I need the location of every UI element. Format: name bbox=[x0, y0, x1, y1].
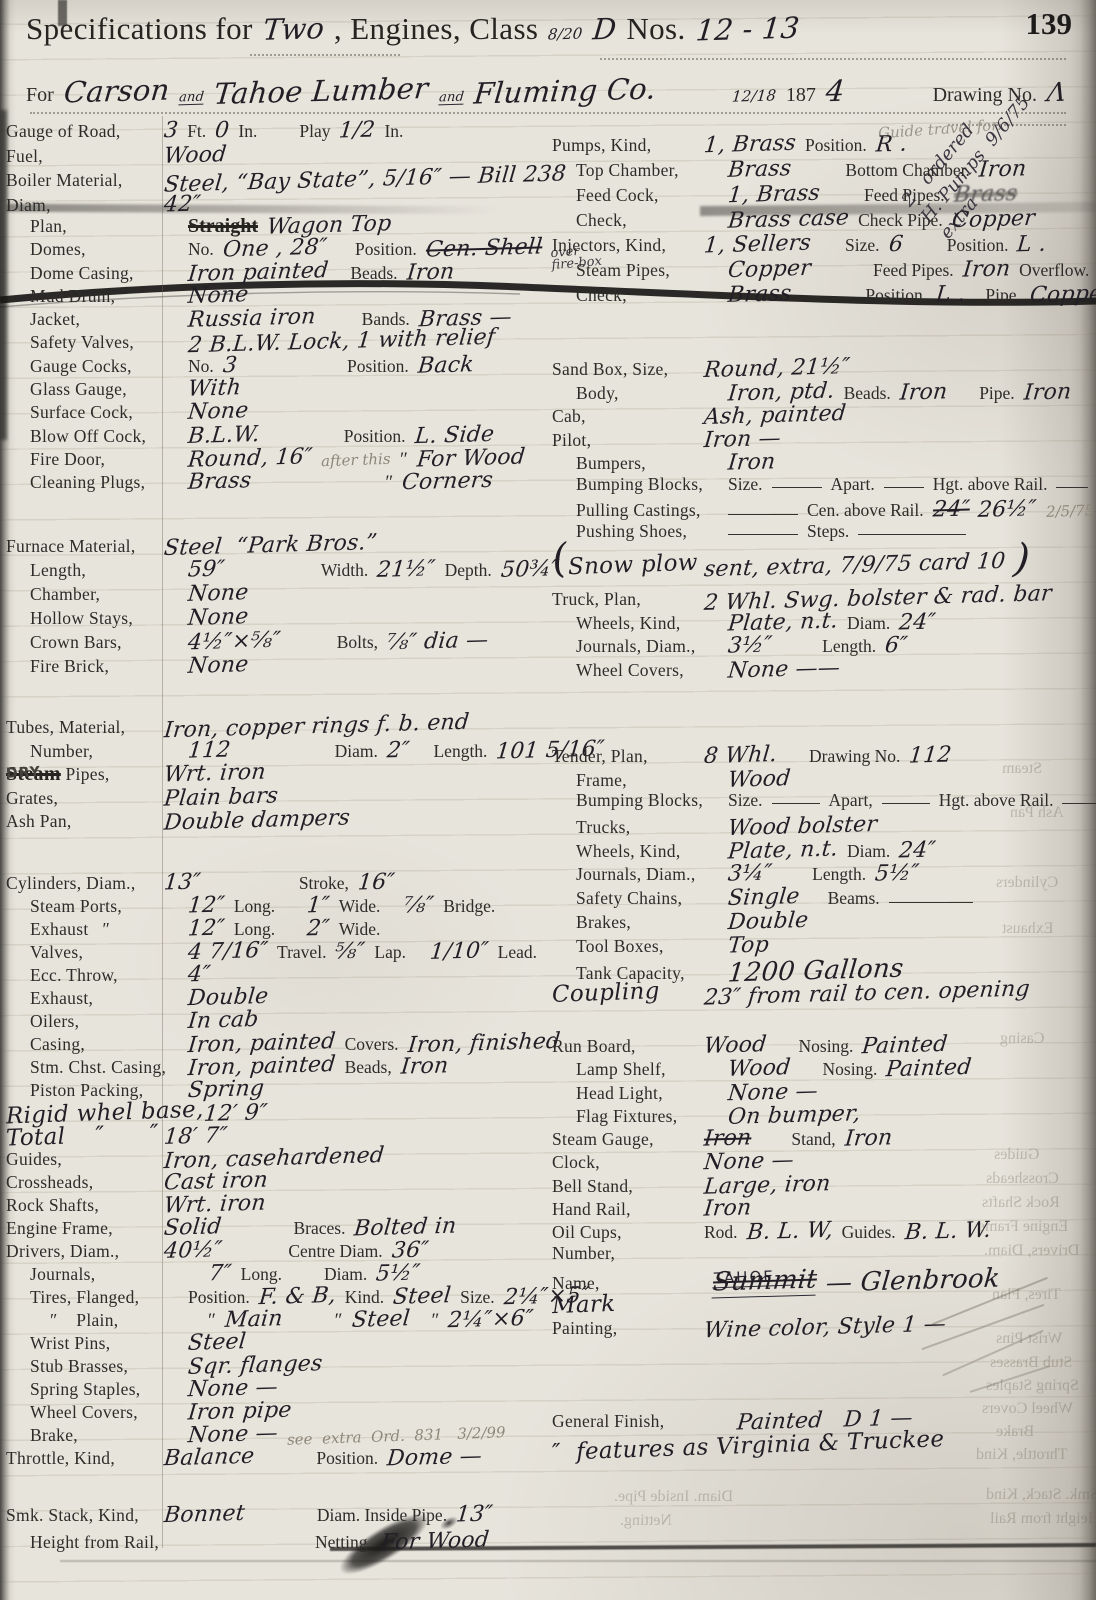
form-section: Sand Box, Size,Round, 21½″Body,Iron, ptd… bbox=[552, 356, 1096, 576]
printed-text: Drawing No. bbox=[809, 746, 900, 767]
printed-text: Size. bbox=[728, 790, 763, 811]
pencil-note: after this bbox=[321, 450, 391, 470]
row-label: Body, bbox=[552, 383, 728, 405]
printed-text: Pilot, bbox=[552, 430, 591, 450]
row-value: Iron — bbox=[704, 427, 1096, 452]
form-row: Wheel Covers,Iron pipe bbox=[6, 1399, 553, 1422]
row-label: Blow Off Cock, bbox=[6, 426, 188, 448]
row-label: Throttle, Kind, bbox=[6, 1448, 164, 1470]
row-label: Cylinders, Diam., bbox=[6, 873, 164, 895]
printed-text: Jacket, bbox=[30, 309, 80, 329]
handwritten-text: Wine color, Style 1 — bbox=[703, 1312, 947, 1344]
handwritten-text: Copper bbox=[727, 256, 812, 283]
row-value: 1, BrassPosition.R . bbox=[704, 132, 1096, 157]
row-label: Number, bbox=[6, 741, 188, 763]
printed-text: Hollow Stays, bbox=[30, 608, 133, 628]
row-label: Journals, Diam., bbox=[552, 864, 728, 886]
blank-rule bbox=[889, 900, 973, 903]
row-label: Bumping Blocks, bbox=[552, 474, 728, 496]
bleedthrough-text: Engine Frame bbox=[978, 1218, 1068, 1236]
form-row: Guides,Iron, casehardened bbox=[6, 1146, 553, 1169]
printed-text: Trucks, bbox=[576, 817, 630, 837]
printed-text: Safety Chains, bbox=[576, 888, 682, 908]
handwritten-text: 112 bbox=[908, 742, 953, 768]
row-label: Drivers, Diam., bbox=[6, 1241, 164, 1263]
form-row: Surface Cock,None bbox=[6, 399, 553, 422]
blank-rule bbox=[772, 801, 820, 804]
row-label: Top Chamber, bbox=[552, 160, 728, 182]
printed-text: Pushing Shoes, bbox=[576, 521, 687, 541]
row-label: Spring Staples, bbox=[6, 1379, 188, 1401]
printed-text: Lead. bbox=[498, 942, 537, 963]
bleedthrough-text: Wheel Covers bbox=[982, 1400, 1073, 1418]
printed-text: Wheels, Kind, bbox=[576, 841, 681, 861]
row-label: Total ″ ″ bbox=[6, 1123, 164, 1149]
handwritten-text: 4″ bbox=[187, 962, 212, 988]
printed-text: Kind. bbox=[345, 1287, 384, 1308]
handwritten-text: Iron bbox=[899, 379, 949, 405]
row-value: 4″ bbox=[188, 962, 553, 987]
row-value: Spring bbox=[188, 1077, 553, 1102]
bleedthrough-text: Steam bbox=[1002, 760, 1042, 778]
printed-text: Engine Frame, bbox=[6, 1218, 113, 1238]
bleedthrough-text: Crossheads bbox=[986, 1170, 1059, 1188]
row-label: Plan, bbox=[6, 216, 188, 238]
form-row: ″ Plain,″Main″Steel″2¼″×6″ bbox=[6, 1307, 553, 1330]
printed-text: Gauge of Road, bbox=[6, 121, 121, 141]
printed-text: Diam. bbox=[335, 741, 378, 762]
row-label: Length, bbox=[6, 560, 188, 582]
form-row: Exhaust,Double bbox=[6, 985, 553, 1008]
printed-text: Overflow. bbox=[1019, 260, 1089, 281]
row-label: Head Light, bbox=[552, 1083, 728, 1105]
row-label: Painting, bbox=[552, 1318, 704, 1340]
form-row: Grates,Plain bars bbox=[6, 785, 553, 809]
printed-text: Surface Cock, bbox=[30, 402, 133, 422]
printed-text: Width. bbox=[321, 560, 368, 581]
pencil-note: 2/5/75 bbox=[1045, 501, 1094, 521]
form-row: Smk. Stack, Kind,BonnetDiam. Inside Pipe… bbox=[6, 1502, 553, 1529]
row-value: None bbox=[188, 605, 553, 630]
row-label: Lamp Shelf, bbox=[552, 1059, 728, 1081]
printed-text: Wide. bbox=[339, 896, 381, 917]
printed-text: Beads, bbox=[345, 1057, 392, 1078]
form-section: Tubes, Material,Iron, copper rings f. b.… bbox=[6, 714, 553, 832]
handwritten-text: 3 bbox=[163, 118, 180, 143]
handwritten-text: Brass bbox=[187, 468, 253, 495]
form-row: Piston Packing,Spring bbox=[6, 1077, 553, 1100]
row-value: Double bbox=[188, 985, 553, 1010]
form-row: Domes,No.One , 28″Position.Cen. Shellove… bbox=[6, 236, 553, 259]
bleedthrough-text: Exhaust bbox=[1002, 920, 1054, 938]
handwritten-text: Iron bbox=[962, 256, 1012, 282]
row-value: 59″Width.21½″Depth.50¾″ bbox=[188, 557, 559, 582]
handwritten-text: 24″ bbox=[898, 837, 937, 863]
handwritten-text: Brass bbox=[727, 281, 793, 308]
handwritten-text: Steel bbox=[350, 1306, 410, 1333]
row-label: Crown Bars, bbox=[6, 632, 188, 654]
row-value: On bumper, bbox=[728, 1103, 1096, 1128]
row-label: Exhaust, bbox=[6, 988, 188, 1010]
printed-text: Cleaning Plugs, bbox=[30, 472, 145, 492]
row-label: Engine Frame, bbox=[6, 1218, 164, 1240]
row-label: Steam Pipes, bbox=[552, 260, 728, 282]
printed-text: Fire Brick, bbox=[30, 656, 109, 676]
row-label: Trucks, bbox=[552, 817, 728, 839]
printed-text: Pumps, Kind, bbox=[552, 135, 651, 155]
printed-text: Lap. bbox=[374, 942, 406, 963]
row-label: Guides, bbox=[6, 1149, 164, 1171]
form-row: Gauge Cocks,No.3Position.Back bbox=[6, 353, 553, 376]
printed-text: Flag Fixtures, bbox=[576, 1106, 677, 1126]
printed-text: Rod. bbox=[704, 1222, 738, 1243]
handwritten-text: Copper bbox=[951, 206, 1036, 233]
handwritten-text: 5½″ bbox=[375, 1260, 421, 1286]
form-row: Fire Door,Round, 16″after this″For Wood bbox=[6, 446, 553, 469]
row-value: Iron bbox=[728, 450, 1096, 475]
printed-text: Feed Cock, bbox=[576, 185, 659, 205]
printed-text: Guides. bbox=[842, 1222, 896, 1243]
form-row: Stub Brasses,Sqr. flanges bbox=[6, 1353, 553, 1376]
printed-text: Height from Rail, bbox=[30, 1532, 159, 1552]
printed-text: Nosing. bbox=[799, 1036, 854, 1057]
ditto-mark: ″ bbox=[432, 1310, 440, 1332]
form-row: Ecc. Throw,4″ bbox=[6, 962, 553, 985]
row-label: Mark bbox=[552, 1292, 704, 1318]
printed-text: Fuel, bbox=[6, 146, 43, 166]
handwritten-text: Bonnet bbox=[163, 1501, 246, 1528]
row-label: Oilers, bbox=[6, 1011, 188, 1033]
printed-text: Diam. Inside Pipe. bbox=[317, 1505, 447, 1526]
printed-text: Truck, Plan, bbox=[552, 589, 641, 609]
handwritten-text: Brass case bbox=[727, 205, 850, 233]
row-value: Iron pipe bbox=[188, 1399, 553, 1424]
printed-text: Glass Gauge, bbox=[30, 379, 127, 399]
handwritten-text: None —— bbox=[727, 655, 841, 683]
printed-text: Pipes, bbox=[61, 764, 110, 784]
form-row: Cylinders, Diam.,13″Stroke,16″ bbox=[6, 870, 553, 893]
printed-text: Travel. bbox=[277, 942, 326, 963]
row-value: Plate, n.t.Diam.24″ bbox=[728, 838, 1096, 863]
handwritten-text: sent, extra, 7/9/75 card 10 bbox=[703, 549, 1007, 582]
row-label: Wheels, Kind, bbox=[552, 613, 728, 635]
row-value: None bbox=[188, 653, 553, 678]
row-label: Surface Cock, bbox=[6, 402, 188, 424]
row-value: None — bbox=[728, 1080, 1096, 1105]
printed-text: Hgt. above Rail. bbox=[933, 474, 1048, 495]
form-row: Pilot,Iron — bbox=[552, 427, 1096, 451]
form-row: Total ″ ″18′ 7″ bbox=[6, 1123, 553, 1146]
handwritten-text: Plate, n.t. bbox=[727, 608, 839, 636]
row-value: None bbox=[188, 581, 553, 606]
form-section: Gauge of Road,3Ft.0In.Play1/2In.Fuel,Woo… bbox=[6, 118, 553, 216]
row-label: (Snow plow bbox=[552, 544, 704, 578]
row-label: Bell Stand, bbox=[552, 1176, 704, 1198]
row-value: 2 B.L.W. Lock, 1 with relief bbox=[188, 329, 553, 354]
printed-text: Length, bbox=[30, 560, 86, 580]
printed-text: Wheels, Kind, bbox=[576, 613, 681, 633]
form-row: Brake,None —see extra Ord. 831 3/2/99 bbox=[6, 1422, 553, 1445]
handwritten-struck-text: Summit bbox=[712, 1264, 819, 1298]
printed-text: Throttle, Kind, bbox=[6, 1448, 115, 1468]
handwritten-text: Steel bbox=[187, 1329, 247, 1356]
printed-text: Grates, bbox=[6, 788, 58, 808]
form-row: Injectors, Kind,1, SellersSize.6Position… bbox=[552, 232, 1096, 257]
handwritten-text: 1, Sellers bbox=[703, 230, 812, 258]
handwritten-struck-text: Iron bbox=[703, 1125, 753, 1151]
row-label: Check, bbox=[552, 210, 728, 232]
handwritten-text: None bbox=[187, 282, 250, 309]
row-label: Bumpers, bbox=[552, 453, 728, 475]
printed-text: Check, bbox=[576, 285, 627, 305]
handwritten-text: 112 bbox=[187, 737, 232, 763]
printed-text: Painting, bbox=[552, 1318, 617, 1338]
form-row: Number,112Diam.2″Length.101 5/16″ bbox=[6, 738, 553, 762]
printed-text: Long. bbox=[234, 896, 275, 917]
form-row: Gauge of Road,3Ft.0In.Play1/2In. bbox=[6, 118, 553, 143]
printed-text: Tool Boxes, bbox=[576, 936, 664, 956]
row-label: Ash Pan, bbox=[6, 811, 164, 833]
row-value: 12″Long.1″Wide.⅞″Bridge. bbox=[188, 893, 553, 918]
printed-text: Plan, bbox=[30, 216, 67, 236]
row-value: 7″Long.Diam.5½″ bbox=[188, 1261, 553, 1286]
form-row: Glass Gauge,With bbox=[6, 376, 553, 399]
row-value: 40½″Centre Diam.36″ bbox=[164, 1238, 553, 1263]
printed-text: Position. bbox=[805, 135, 867, 156]
form-row: Wrist Pins,Steel bbox=[6, 1330, 553, 1353]
row-value: 2 Whl. Swg. bolster & rad. bar bbox=[704, 586, 1096, 611]
handwritten-text: 6″ bbox=[884, 633, 909, 659]
handwritten-text: 3½″ bbox=[727, 632, 773, 658]
printed-text: Ash Pan, bbox=[6, 811, 72, 831]
printed-text: Wheel Covers, bbox=[30, 1402, 138, 1422]
handwritten-text: B. L. W, bbox=[745, 1218, 833, 1245]
printed-text: Blow Off Cock, bbox=[30, 426, 146, 446]
printed-text: Check, bbox=[576, 210, 627, 230]
printed-text: In. bbox=[238, 121, 257, 142]
ditto-mark: ″ bbox=[208, 1310, 216, 1332]
row-label: Valves, bbox=[6, 942, 188, 964]
row-value: Round, 16″after this″For Wood bbox=[188, 446, 553, 471]
row-value: Steel “Park Bros.” bbox=[164, 533, 553, 558]
handwritten-text: 1/2 bbox=[338, 117, 376, 143]
printed-text: Pulling Castings, bbox=[576, 500, 701, 520]
printed-text: Safety Valves, bbox=[30, 332, 134, 352]
handwritten-text: 24″ bbox=[898, 609, 937, 635]
printed-text: Size. bbox=[728, 474, 763, 495]
row-label: Height from Rail, bbox=[6, 1532, 188, 1554]
handwritten-text: Corners bbox=[401, 468, 494, 496]
row-label: Safety Valves, bbox=[6, 332, 188, 354]
row-label: Oil Cups, bbox=[552, 1222, 704, 1244]
row-label: Safety Chains, bbox=[552, 888, 728, 910]
blank-rule bbox=[882, 801, 930, 804]
row-value: sent, extra, 7/9/75 card 10) bbox=[704, 544, 1096, 578]
row-label: Crossheads, bbox=[6, 1172, 164, 1194]
handwritten-text: 0 bbox=[214, 118, 231, 143]
form-row: Head Light,None — bbox=[552, 1080, 1096, 1103]
handwritten-label: Coupling bbox=[552, 978, 660, 1008]
row-label: Run Board, bbox=[552, 1036, 704, 1058]
handwritten-text: Wood bbox=[727, 1055, 792, 1082]
handwritten-text: Wood bbox=[703, 1032, 768, 1059]
row-value: None bbox=[188, 399, 553, 424]
form-row: Rock Shafts,Wrt. iron bbox=[6, 1192, 553, 1215]
printed-text: Position. bbox=[316, 1448, 378, 1469]
handwritten-text: 7″ bbox=[208, 1261, 233, 1287]
printed-text: Wheel Covers, bbox=[576, 660, 684, 680]
printed-text: ″ Plain, bbox=[50, 1310, 118, 1330]
row-value: 12″Long.2″Wide. bbox=[188, 916, 553, 941]
handwritten-text: Dome — bbox=[386, 1444, 483, 1472]
form-row: DRYSteam Pipes,Wrt. iron bbox=[6, 761, 553, 785]
row-label: Bumping Blocks, bbox=[552, 790, 728, 812]
form-row: Pushing Shoes,Steps. bbox=[552, 521, 1096, 545]
row-label: Wheel Covers, bbox=[6, 1402, 188, 1424]
form-row: Check,BrassPosition.L .Pipe.Copper bbox=[552, 282, 1096, 307]
row-value: 112Diam.2″Length.101 5/16″ bbox=[188, 738, 605, 763]
row-label: Rock Shafts, bbox=[6, 1195, 164, 1217]
form-row: Drivers, Diam.,40½″Centre Diam.36″ bbox=[6, 1238, 553, 1261]
bleedthrough-text: Smk. Stack, Kind bbox=[986, 1486, 1096, 1504]
form-row: Length,59″Width.21½″Depth.50¾″ bbox=[6, 557, 553, 581]
handwritten-text: 1/10″ bbox=[429, 938, 490, 965]
left-column: Gauge of Road,3Ft.0In.Play1/2In.Fuel,Woo… bbox=[6, 0, 553, 1600]
form-row: Top Chamber,BrassBottom Chamber.Iron bbox=[552, 157, 1096, 182]
row-value: B.L.W.Position.L. Side bbox=[188, 423, 553, 448]
row-label: Smk. Stack, Kind, bbox=[6, 1505, 164, 1527]
bleedthrough-text: Drivers, Diam. bbox=[984, 1242, 1080, 1260]
handwritten-text: B.L.W. bbox=[187, 422, 261, 449]
row-label: Coupling bbox=[552, 980, 704, 1006]
form-row: Truck, Plan,2 Whl. Swg. bolster & rad. b… bbox=[552, 586, 1096, 610]
row-value: 1, SellersSize.6Position.L . bbox=[704, 232, 1096, 257]
row-label: Mud Drum, bbox=[6, 286, 188, 308]
handwritten-text: Iron bbox=[400, 1053, 450, 1079]
printed-text: Furnace Material, bbox=[6, 536, 136, 556]
row-value: 3Ft.0In.Play1/2In. bbox=[164, 118, 553, 143]
printed-text: Position. bbox=[865, 285, 927, 306]
printed-text: Size. bbox=[460, 1287, 495, 1308]
handwritten-text: ⅝″ bbox=[334, 939, 366, 965]
printed-text: Ft. bbox=[187, 121, 206, 142]
row-value: Plain bars bbox=[164, 785, 553, 810]
row-label: Jacket, bbox=[6, 309, 188, 331]
row-label: Wrist Pins, bbox=[6, 1333, 188, 1355]
printed-text: Smk. Stack, Kind, bbox=[6, 1505, 139, 1525]
row-value: None —— bbox=[728, 657, 1096, 682]
row-label: Clock, bbox=[552, 1152, 704, 1174]
printed-text: Stub Brasses, bbox=[30, 1356, 128, 1376]
printed-text: Check Pipe. bbox=[858, 210, 943, 231]
row-value: No.3Position.Back bbox=[188, 353, 553, 378]
form-row: Cab,Ash, painted bbox=[552, 403, 1096, 427]
handwritten-text: 16″ bbox=[357, 869, 396, 895]
printed-text: Diam. bbox=[324, 1264, 367, 1285]
printed-text: Length. bbox=[812, 864, 866, 885]
printed-text: Netting. bbox=[315, 1532, 372, 1553]
row-value: Steel, “Bay State”, 5/16″ — Bill 238 bbox=[164, 167, 566, 192]
row-label: Journals, Diam., bbox=[552, 636, 728, 658]
row-label: Boiler Material, bbox=[6, 170, 164, 192]
form-row: Blow Off Cock,B.L.W.Position.L. Side bbox=[6, 423, 553, 446]
form-row: Hollow Stays,None bbox=[6, 605, 553, 629]
handwritten-text: Double bbox=[727, 908, 810, 935]
bleedthrough-text: Rock Shafts bbox=[982, 1194, 1060, 1212]
form-row: Feed Cock,1, BrassFeed Pipes.Brass bbox=[552, 182, 1096, 207]
row-label: Tubes, Material, bbox=[6, 717, 164, 739]
printed-text: Rock Shafts, bbox=[6, 1195, 99, 1215]
printed-text: Clock, bbox=[552, 1152, 600, 1172]
row-label: Tires, Flanged, bbox=[6, 1287, 188, 1309]
printed-text: Steam Ports, bbox=[30, 896, 122, 916]
printed-text: Bumpers, bbox=[576, 453, 646, 473]
form-row: Engine Frame,SolidBraces.Bolted in bbox=[6, 1215, 553, 1238]
printed-text: Number, bbox=[552, 1243, 615, 1263]
handwritten-text: 1″ bbox=[306, 893, 331, 919]
handwritten-text: Copper bbox=[1029, 281, 1096, 308]
row-value: BonnetDiam. Inside Pipe.13″ bbox=[164, 1502, 553, 1527]
printed-text: Bumping Blocks, bbox=[576, 474, 703, 494]
printed-text: Feed Pipes. bbox=[873, 260, 954, 281]
printed-text: Stroke, bbox=[299, 873, 349, 894]
printed-text: Journals, bbox=[30, 1264, 95, 1284]
printed-text: Bridge. bbox=[443, 896, 495, 917]
handwritten-label: Total ″ ″ bbox=[6, 1120, 160, 1151]
handwritten-text: 8 Whl. bbox=[703, 742, 778, 769]
printed-text: Position. bbox=[947, 235, 1009, 256]
printed-text: Mud Drum, bbox=[30, 286, 115, 306]
row-value: Cen. above Rail.24″26½″2/5/75 bbox=[728, 497, 1096, 522]
printed-text: Diam. bbox=[847, 841, 890, 862]
printed-text: Chamber, bbox=[30, 584, 100, 604]
form-row: Furnace Material,Steel “Park Bros.” bbox=[6, 533, 553, 557]
handwritten-text: 59″ bbox=[187, 556, 226, 582]
printed-text: Steam Gauge, bbox=[552, 1129, 654, 1149]
ditto-mark: ″ bbox=[335, 1310, 343, 1332]
row-value: Iron, casehardened bbox=[164, 1146, 553, 1171]
printed-text: Steps. bbox=[807, 521, 849, 542]
printed-text: Apart, bbox=[829, 790, 873, 811]
handwritten-text: 6 bbox=[887, 232, 904, 257]
row-label: Tool Boxes, bbox=[552, 936, 728, 958]
form-row: Dome Casing,Iron paintedBeads.Iron bbox=[6, 260, 553, 283]
row-label: ″ Plain, bbox=[6, 1310, 208, 1332]
form-section: Pumps, Kind,1, BrassPosition.R .Top Cham… bbox=[552, 132, 1096, 307]
handwritten-text: Brass bbox=[727, 156, 793, 183]
row-value: Wrt. iron bbox=[164, 761, 553, 786]
handwritten-text: Iron bbox=[703, 1195, 753, 1221]
smudged-text: Brass bbox=[952, 181, 1018, 208]
handwritten-text: 2″ bbox=[306, 916, 331, 942]
ditto-mark: ″ bbox=[400, 449, 408, 471]
row-value: ″Main″Steel″2¼″×6″ bbox=[208, 1307, 553, 1332]
handwritten-text: Top bbox=[727, 932, 770, 958]
row-label: Pulling Castings, bbox=[552, 500, 728, 522]
row-value: BalancePosition.Dome — bbox=[164, 1445, 553, 1470]
row-value: None — bbox=[188, 1376, 553, 1401]
printed-text: Beads. bbox=[844, 383, 891, 404]
form-row: Crossheads,Cast iron bbox=[6, 1169, 553, 1192]
row-label: Glass Gauge, bbox=[6, 379, 188, 401]
row-label: Casing, bbox=[6, 1034, 188, 1056]
row-label: Journals, bbox=[6, 1264, 188, 1286]
form-section: Cylinders, Diam.,13″Stroke,16″Steam Port… bbox=[6, 870, 553, 1468]
printed-text: Length. bbox=[822, 636, 876, 657]
printed-text: Injectors, Kind, bbox=[552, 235, 666, 255]
row-label: Truck, Plan, bbox=[552, 589, 704, 611]
handwritten-text: Double dampers bbox=[163, 805, 351, 835]
